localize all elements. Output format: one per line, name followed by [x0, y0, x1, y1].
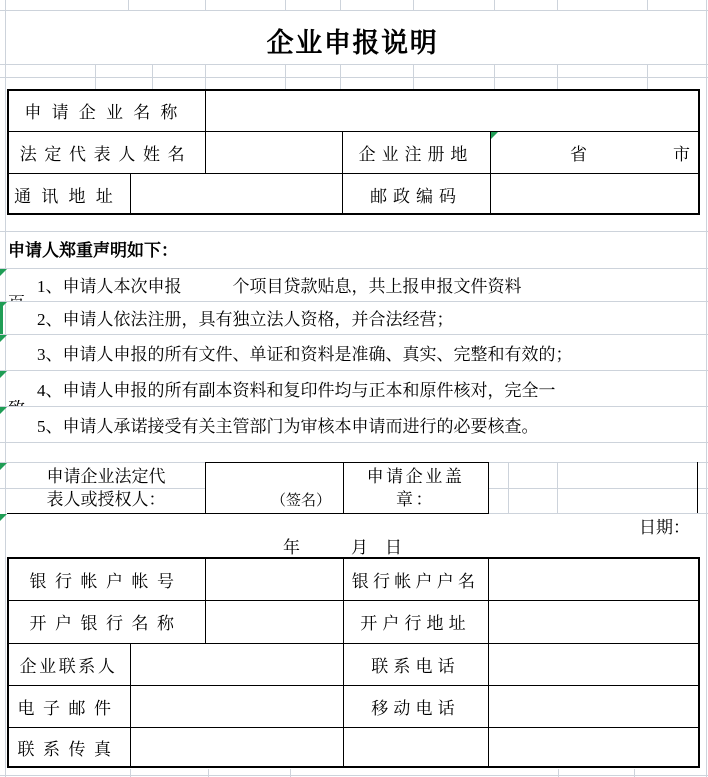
- bank-account-number-input[interactable]: [206, 559, 342, 599]
- gridline: [290, 769, 291, 777]
- contact-person-input[interactable]: [131, 644, 342, 684]
- gridline: [557, 64, 558, 90]
- legal-rep-sign-label-line1: 申请企业法定代: [47, 465, 166, 488]
- postcode-input[interactable]: [491, 174, 698, 214]
- gridline: [0, 231, 708, 232]
- gridline: [647, 0, 648, 10]
- mobile-phone-input[interactable]: [489, 686, 697, 726]
- table-border: [698, 557, 700, 768]
- fax-extra-cell-2[interactable]: [489, 728, 697, 766]
- address-label: 通讯地址: [7, 173, 130, 215]
- declaration-item-5: 5、申请人承诺接受有关主管部门为审核本申请而进行的必要核查。: [0, 406, 708, 442]
- cell-border: [697, 462, 698, 513]
- gridline: [340, 0, 341, 10]
- gridline: [413, 0, 414, 10]
- declaration-item-2-text: 2、申请人依法注册，具有独立法人资格，并合法经营；: [37, 305, 454, 330]
- declaration-item-1-text: 1、申请人本次申报 个项目贷款贴息，共上报申报文件资料: [37, 272, 522, 297]
- declaration-item-5-text: 5、申请人承诺接受有关主管部门为审核本申请而进行的必要核查。: [37, 412, 539, 437]
- contact-phone-input[interactable]: [489, 644, 697, 684]
- bank-name-label: 开户银行名称: [7, 600, 205, 643]
- gridline: [340, 64, 341, 90]
- gridline: [0, 64, 708, 65]
- gridline: [0, 775, 708, 776]
- bank-address-input[interactable]: [489, 601, 697, 642]
- company-name-input[interactable]: [206, 91, 698, 131]
- gridline: [128, 0, 129, 10]
- company-name-label: 申请企业名称: [7, 90, 205, 131]
- page-title: 企业申报说明: [7, 17, 698, 63]
- gridline: [494, 64, 495, 90]
- table-border: [698, 89, 700, 215]
- gridline: [557, 0, 558, 10]
- bank-name-input[interactable]: [206, 601, 342, 642]
- legal-rep-input[interactable]: [206, 132, 342, 172]
- declaration-item-2: 2、申请人依法注册，具有独立法人资格，并合法经营；: [0, 301, 708, 334]
- gridline: [413, 64, 414, 90]
- bank-address-label: 开户行地址: [343, 600, 488, 643]
- bank-account-number-label: 银行帐户帐号: [7, 558, 205, 600]
- gridline: [152, 64, 153, 90]
- email-input[interactable]: [131, 686, 342, 726]
- gridline: [558, 769, 559, 777]
- cell-flag-icon: [491, 132, 498, 139]
- gridline: [285, 0, 286, 10]
- gridline: [634, 769, 635, 777]
- legal-rep-sign-label-line2: 表人或授权人：: [47, 488, 166, 511]
- reg-place-label: 企业注册地: [342, 131, 490, 173]
- address-input[interactable]: [131, 174, 342, 214]
- declaration-item-4: 4、申请人申报的所有副本资料和复印件均与正本和原件核对，完全一: [0, 370, 708, 406]
- gridline: [0, 77, 708, 78]
- legal-rep-label: 法定代表人姓名: [7, 131, 205, 173]
- cell-border: [7, 513, 489, 514]
- city-suffix: 市: [673, 140, 690, 165]
- date-label: 日期：: [558, 515, 698, 535]
- email-label: 电子邮件: [7, 685, 130, 727]
- fax-input[interactable]: [131, 728, 342, 766]
- spreadsheet-form: 企业申报说明 申请企业名称 法定代表人姓名 企业注册地 省 市 通讯地址 邮政编…: [0, 0, 708, 777]
- bank-account-name-input[interactable]: [489, 559, 697, 599]
- province-city-cell[interactable]: 省 市: [490, 131, 698, 173]
- cell-flag-icon: [0, 463, 7, 470]
- gridline: [205, 64, 206, 90]
- mobile-phone-label: 移动电话: [343, 685, 488, 727]
- postcode-label: 邮政编码: [342, 173, 490, 215]
- declaration-item-3: 3、申请人申报的所有文件、单证和资料是准确、真实、完整和有效的；: [0, 334, 708, 370]
- seal-area-cell[interactable]: [489, 463, 697, 513]
- declaration-item-3-text: 3、申请人申报的所有文件、单证和资料是准确、真实、完整和有效的；: [37, 340, 573, 365]
- fax-label: 联系传真: [7, 727, 130, 767]
- signature-hint: （签名）: [271, 489, 331, 510]
- gridline: [130, 769, 131, 777]
- bank-account-name-label: 银行帐户户名: [343, 558, 488, 600]
- gridline: [95, 64, 96, 90]
- legal-rep-sign-label: 申请企业法定代 表人或授权人：: [7, 462, 205, 513]
- cell-flag-icon: [0, 514, 7, 521]
- gridline: [0, 10, 708, 11]
- declaration-heading: 申请人郑重声明如下：: [8, 233, 458, 263]
- declaration-item-1: 1、申请人本次申报 个项目贷款贴息，共上报申报文件资料: [0, 268, 708, 301]
- company-seal-label: 申请企业盖 章：: [343, 462, 488, 513]
- gridline: [285, 64, 286, 90]
- gridline: [205, 0, 206, 10]
- contact-phone-label: 联系电话: [343, 643, 488, 685]
- declaration-item-4-text: 4、申请人申报的所有副本资料和复印件均与正本和原件核对，完全一: [37, 376, 556, 401]
- gridline: [494, 0, 495, 10]
- company-seal-label-line2: 章：: [396, 488, 435, 511]
- signature-input-cell[interactable]: （签名）: [205, 462, 343, 513]
- gridline: [208, 769, 209, 777]
- fax-extra-cell-1[interactable]: [344, 728, 487, 766]
- date-blank[interactable]: 年 月 日: [283, 533, 503, 557]
- province-suffix: 省: [570, 140, 587, 165]
- gridline: [647, 64, 648, 90]
- company-seal-label-line1: 申请企业盖: [367, 465, 465, 488]
- contact-person-label: 企业联系人: [7, 643, 130, 685]
- gridline: [0, 442, 708, 443]
